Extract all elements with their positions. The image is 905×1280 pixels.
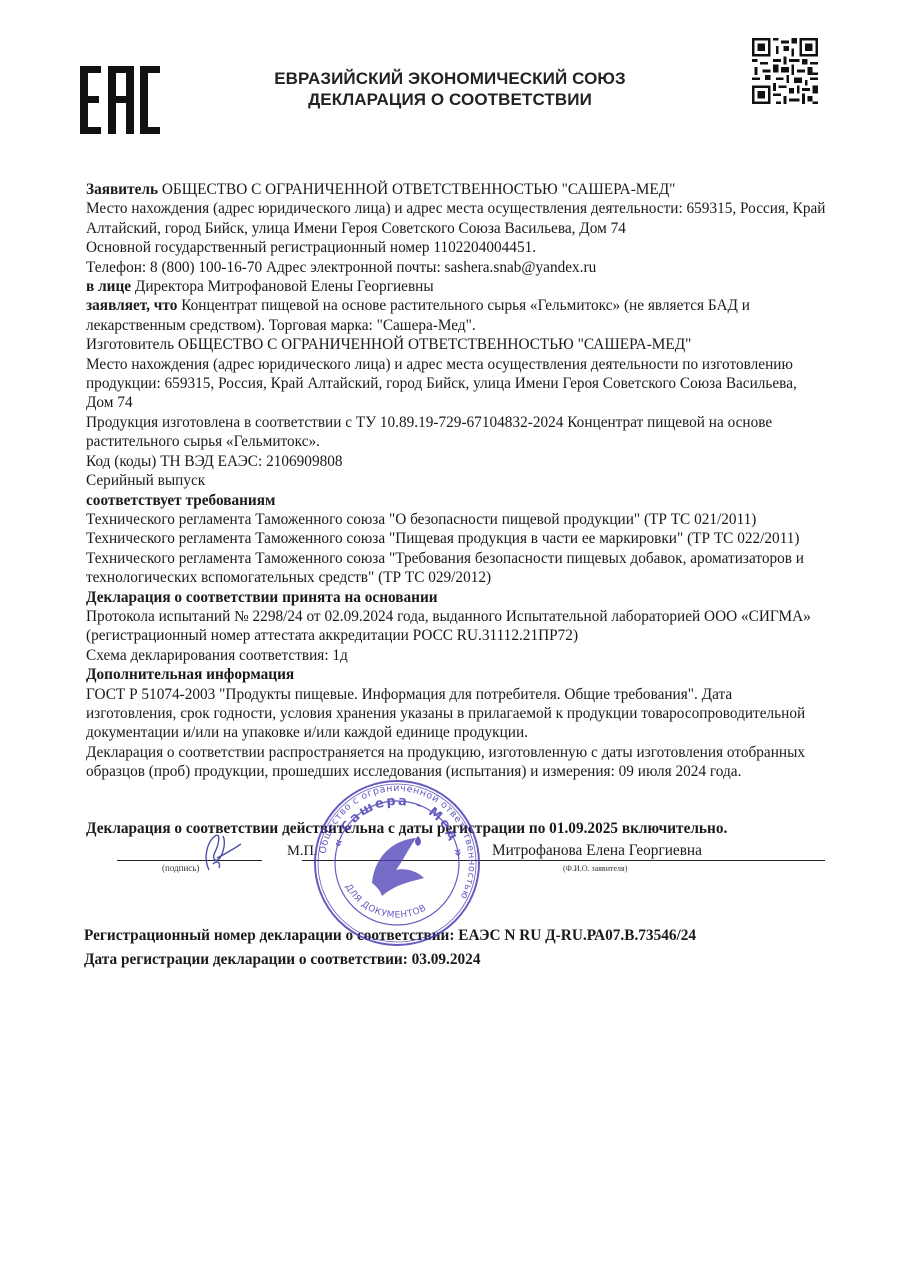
declares-text: Концентрат пищевой на основе растительно…: [86, 297, 750, 333]
production-type: Серийный выпуск: [86, 471, 826, 490]
basis-label: Декларация о соответствии принята на осн…: [86, 588, 826, 607]
applicant-line: Заявитель ОБЩЕСТВО С ОГРАНИЧЕННОЙ ОТВЕТС…: [86, 180, 826, 199]
additional-info-label: Дополнительная информация: [86, 665, 826, 684]
manufacturer-address: Место нахождения (адрес юридического лиц…: [86, 355, 826, 413]
requirement-item: Технического регламента Таможенного союз…: [86, 510, 826, 529]
represented-label: в лице: [86, 278, 131, 295]
requirement-item: Технического регламента Таможенного союз…: [86, 549, 826, 588]
declares-label: заявляет, что: [86, 297, 177, 314]
applicant-contacts: Телефон: 8 (800) 100-16-70 Адрес электро…: [86, 258, 826, 277]
declares-line: заявляет, что Концентрат пищевой на осно…: [86, 296, 826, 335]
document-header: ЕВРАЗИЙСКИЙ ЭКОНОМИЧЕСКИЙ СОЮЗ ДЕКЛАРАЦИ…: [220, 68, 680, 110]
additional-info-text: ГОСТ Р 51074-2003 "Продукты пищевые. Инф…: [86, 685, 826, 743]
union-title: ЕВРАЗИЙСКИЙ ЭКОНОМИЧЕСКИЙ СОЮЗ: [220, 68, 680, 89]
hs-code: Код (коды) ТН ВЭД ЕАЭС: 2106909808: [86, 452, 826, 471]
manufacturer-name: Изготовитель ОБЩЕСТВО С ОГРАНИЧЕННОЙ ОТВ…: [86, 335, 826, 354]
registration-date: Дата регистрации декларации о соответств…: [84, 951, 480, 969]
represented-line: в лице Директора Митрофановой Елены Геор…: [86, 277, 826, 296]
signatory-caption: (Ф.И.О. заявителя): [563, 864, 627, 873]
eac-logo: [80, 66, 160, 134]
applicant-address: Место нахождения (адрес юридического лиц…: [86, 199, 826, 238]
signature-caption: (подпись): [162, 863, 199, 873]
declaration-scheme: Схема декларирования соответствия: 1д: [86, 646, 826, 665]
applicant-name: ОБЩЕСТВО С ОГРАНИЧЕННОЙ ОТВЕТСТВЕННОСТЬЮ…: [158, 181, 675, 198]
manufacturer-standard: Продукция изготовлена в соответствии с Т…: [86, 413, 826, 452]
basis-text: Протокола испытаний № 2298/24 от 02.09.2…: [86, 607, 826, 646]
requirement-item: Технического регламента Таможенного союз…: [86, 529, 826, 548]
declaration-title: ДЕКЛАРАЦИЯ О СООТВЕТСТВИИ: [220, 89, 680, 110]
handwritten-signature-icon: [195, 830, 245, 875]
declaration-body: Заявитель ОБЩЕСТВО С ОГРАНИЧЕННОЙ ОТВЕТС…: [86, 180, 826, 782]
requirements-label: соответствует требованиям: [86, 491, 826, 510]
qr-code-icon[interactable]: [752, 38, 818, 104]
company-stamp-icon: Общество с ограниченной ответственностью…: [312, 778, 482, 948]
applicant-ogrn: Основной государственный регистрационный…: [86, 238, 826, 257]
applicant-label: Заявитель: [86, 181, 158, 198]
additional-info-scope: Декларация о соответствии распространяет…: [86, 743, 826, 782]
signatory-name: Митрофанова Елена Георгиевна: [492, 842, 702, 860]
represented-by: Директора Митрофановой Елены Георгиевны: [131, 278, 434, 295]
